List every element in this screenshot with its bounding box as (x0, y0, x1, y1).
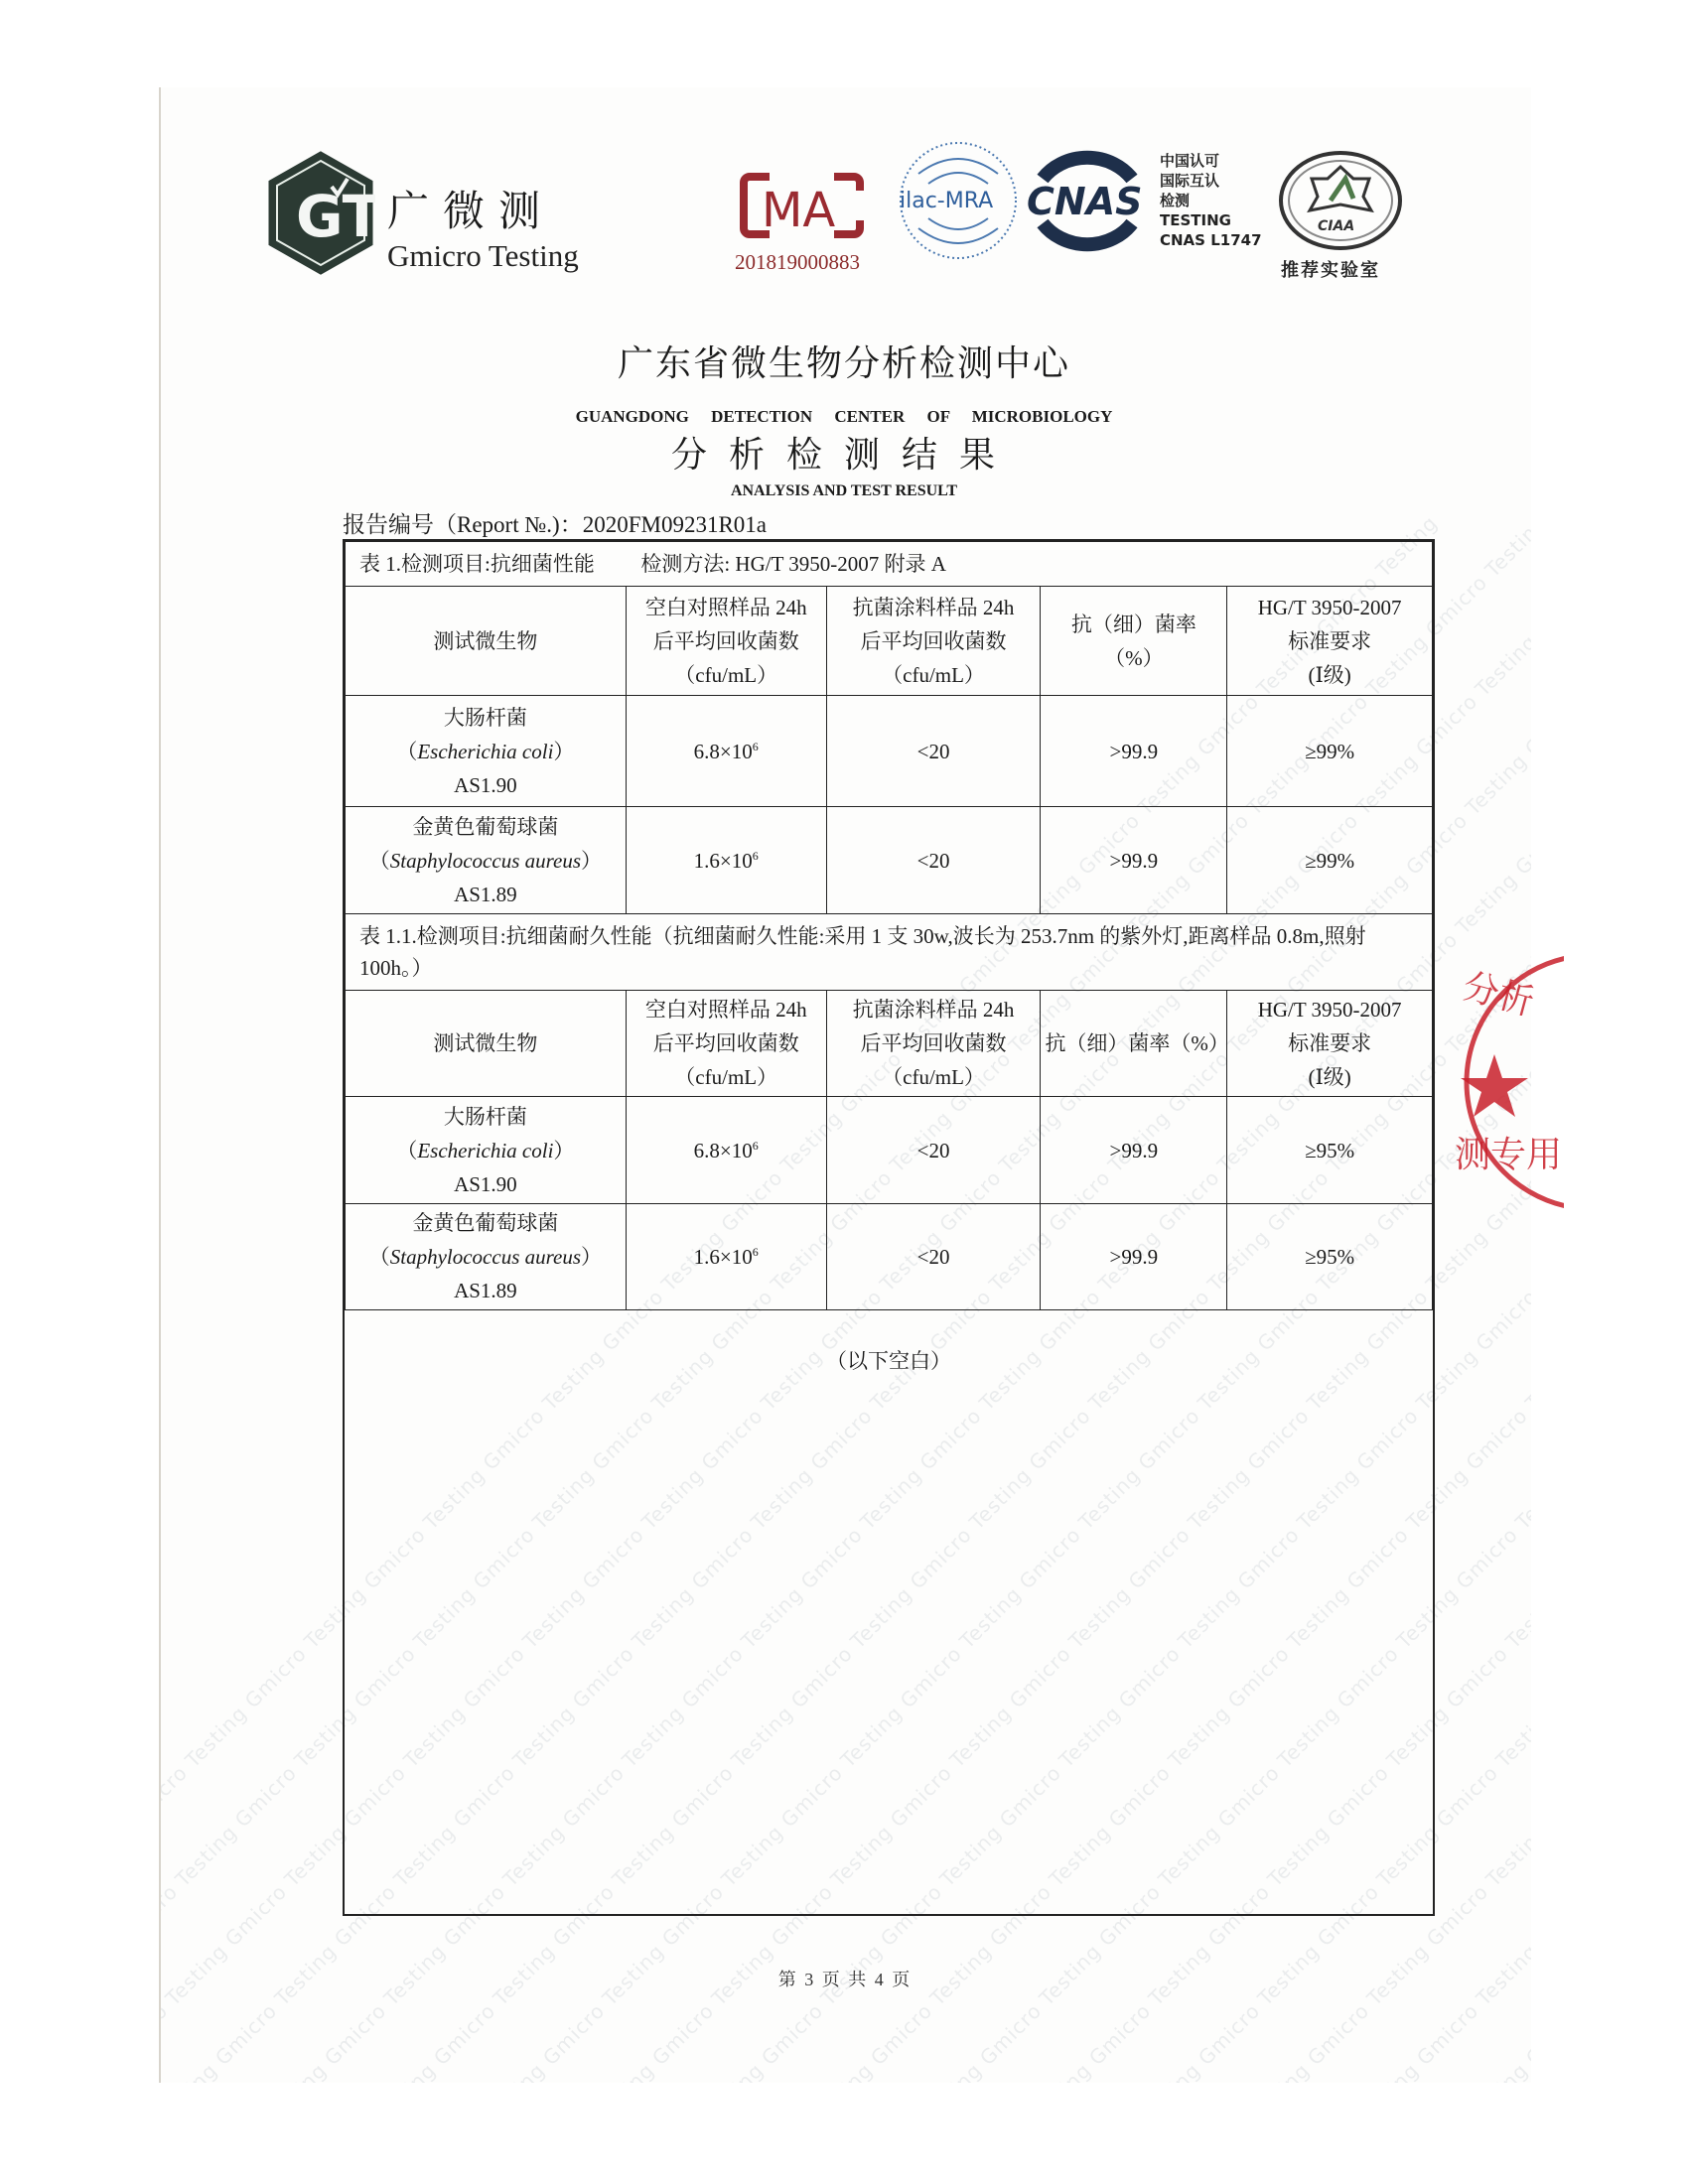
header-standard-requirement: HG/T 3950-2007 标准要求 (Ⅰ级) (1227, 587, 1433, 696)
control-count-cell: 6.8×106 (626, 1097, 826, 1204)
table2-caption-row: 表 1.1.检测项目:抗细菌耐久性能（抗细菌耐久性能:采用 1 支 30w,波长… (346, 914, 1433, 991)
organism-cell: 大肠杆菌 （Escherichia coli） AS1.90 (346, 696, 627, 807)
treated-count-cell: <20 (826, 807, 1041, 914)
rate-cell: >99.9 (1041, 696, 1227, 807)
ilac-mra-logo-icon: ilac-MRA (894, 134, 1023, 268)
header-test-organism: 测试微生物 (346, 587, 627, 696)
document-title-english: ANALYSIS AND TEST RESULT (0, 482, 1688, 500)
blank-below-note: （以下空白） (345, 1345, 1433, 1375)
table1-test-method: 检测方法: HG/T 3950-2007 附录 A (640, 552, 946, 576)
table-row: 金黄色葡萄球菌 （Staphylococcus aureus） AS1.89 1… (346, 1204, 1433, 1310)
organism-cell: 金黄色葡萄球菌 （Staphylococcus aureus） AS1.89 (346, 807, 627, 914)
requirement-cell: ≥99% (1227, 696, 1433, 807)
organization-title-english: GUANGDONG DETECTION CENTER OF MICROBIOLO… (0, 407, 1688, 427)
header-treated-count: 抗菌涂料样品 24h 后平均回收菌数 （cfu/mL） (826, 991, 1041, 1097)
page-number: 第 3 页 共 4 页 (0, 1966, 1688, 1991)
svg-text:CNAS: CNAS (1027, 180, 1142, 223)
svg-text:ilac-MRA: ilac-MRA (900, 189, 993, 213)
document-title: 分析检测结果 (0, 427, 1688, 478)
header-treated-count: 抗菌涂料样品 24h 后平均回收菌数 （cfu/mL） (826, 587, 1041, 696)
gmicro-logo-icon: GT (266, 151, 375, 275)
table-row: 大肠杆菌 （Escherichia coli） AS1.90 6.8×106 <… (346, 1097, 1433, 1204)
table2-header-row: 测试微生物 空白对照样品 24h 后平均回收菌数 （cfu/mL） 抗菌涂料样品… (346, 991, 1433, 1097)
requirement-cell: ≥95% (1227, 1204, 1433, 1310)
table-row: 金黄色葡萄球菌 （Staphylococcus aureus） AS1.89 1… (346, 807, 1433, 914)
cma-number: 201819000883 (735, 250, 860, 275)
table1-caption-row: 表 1.检测项目:抗细菌性能 检测方法: HG/T 3950-2007 附录 A (346, 542, 1433, 587)
header-antibacterial-rate: 抗（细）菌率（%） (1041, 991, 1227, 1097)
control-count-cell: 1.6×106 (626, 1204, 826, 1310)
watermark-text: Gmicro Testing Gmicro Testing Gmicro Tes… (1511, 510, 1531, 2083)
ciaa-label: 推荐实验室 (1281, 256, 1380, 282)
header-standard-requirement: HG/T 3950-2007 标准要求 (Ⅰ级) (1227, 991, 1433, 1097)
control-count-cell: 6.8×106 (626, 696, 826, 807)
control-count-cell: 1.6×106 (626, 807, 826, 914)
organism-cell: 大肠杆菌 （Escherichia coli） AS1.90 (346, 1097, 627, 1204)
cnas-logo-icon: CNAS (1023, 139, 1152, 263)
rate-cell: >99.9 (1041, 807, 1227, 914)
cnas-accreditation-text: 中国认可 国际互认 检测 TESTING CNAS L1747 (1160, 151, 1262, 250)
treated-count-cell: <20 (826, 1097, 1041, 1204)
organization-title: 广东省微生物分析检测中心 (0, 336, 1688, 386)
svg-text:测专用: 测专用 (1455, 1135, 1562, 1175)
logo-chinese-name: 广微测 (387, 179, 554, 238)
logo-english-name: Gmicro Testing (387, 238, 579, 274)
treated-count-cell: <20 (826, 1204, 1041, 1310)
header-test-organism: 测试微生物 (346, 991, 627, 1097)
cma-logo-icon: MA (740, 171, 864, 240)
requirement-cell: ≥95% (1227, 1097, 1433, 1204)
report-number: 报告编号（Report №.)：2020FM09231R01a (343, 506, 767, 539)
requirement-cell: ≥99% (1227, 807, 1433, 914)
header-control-count: 空白对照样品 24h 后平均回收菌数 （cfu/mL） (626, 587, 826, 696)
results-table: 表 1.检测项目:抗细菌性能 检测方法: HG/T 3950-2007 附录 A… (345, 541, 1433, 1310)
results-table-frame: 表 1.检测项目:抗细菌性能 检测方法: HG/T 3950-2007 附录 A… (343, 539, 1435, 1916)
organism-cell: 金黄色葡萄球菌 （Staphylococcus aureus） AS1.89 (346, 1204, 627, 1310)
table-row: 大肠杆菌 （Escherichia coli） AS1.90 6.8×106 <… (346, 696, 1433, 807)
official-seal-stamp: 分析 测专用 (1445, 943, 1564, 1221)
treated-count-cell: <20 (826, 696, 1041, 807)
table1-header-row: 测试微生物 空白对照样品 24h 后平均回收菌数 （cfu/mL） 抗菌涂料样品… (346, 587, 1433, 696)
rate-cell: >99.9 (1041, 1097, 1227, 1204)
svg-text:MA: MA (762, 183, 835, 238)
header-control-count: 空白对照样品 24h 后平均回收菌数 （cfu/mL） (626, 991, 826, 1097)
rate-cell: >99.9 (1041, 1204, 1227, 1310)
ciaa-logo-icon: CIAA (1276, 149, 1405, 253)
svg-text:CIAA: CIAA (1318, 218, 1354, 234)
table2-caption: 表 1.1.检测项目:抗细菌耐久性能（抗细菌耐久性能:采用 1 支 30w,波长… (346, 914, 1433, 991)
table1-test-item: 表 1.检测项目:抗细菌性能 (359, 552, 595, 576)
header-antibacterial-rate: 抗（细）菌率 （%） (1041, 587, 1227, 696)
